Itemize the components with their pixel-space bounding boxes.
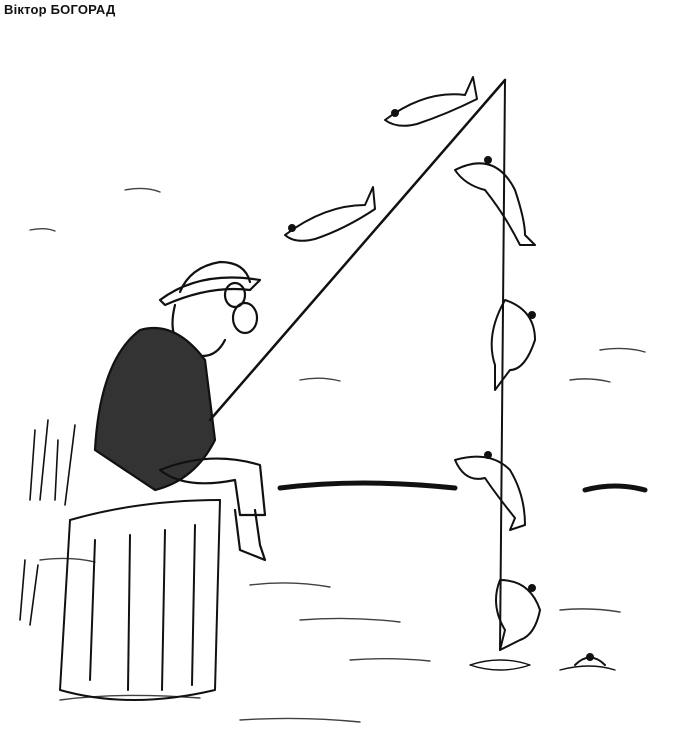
reeds <box>20 420 75 625</box>
fish-on-line-4 <box>496 580 540 650</box>
water-splash <box>470 660 615 670</box>
fish-on-rod-2 <box>285 187 375 241</box>
fisherman <box>95 262 265 560</box>
fishing-rod <box>210 80 505 420</box>
tree-stump <box>60 500 220 700</box>
far-shore <box>280 483 645 490</box>
fish-in-water <box>575 654 605 665</box>
cartoon-illustration <box>0 0 685 750</box>
fish-on-line-1 <box>455 157 535 245</box>
fish-on-rod-1 <box>385 77 477 126</box>
fish-on-line-3 <box>455 452 525 530</box>
fish-on-line-2 <box>492 300 535 390</box>
fishing-line <box>500 80 505 650</box>
fish-group <box>285 77 605 665</box>
